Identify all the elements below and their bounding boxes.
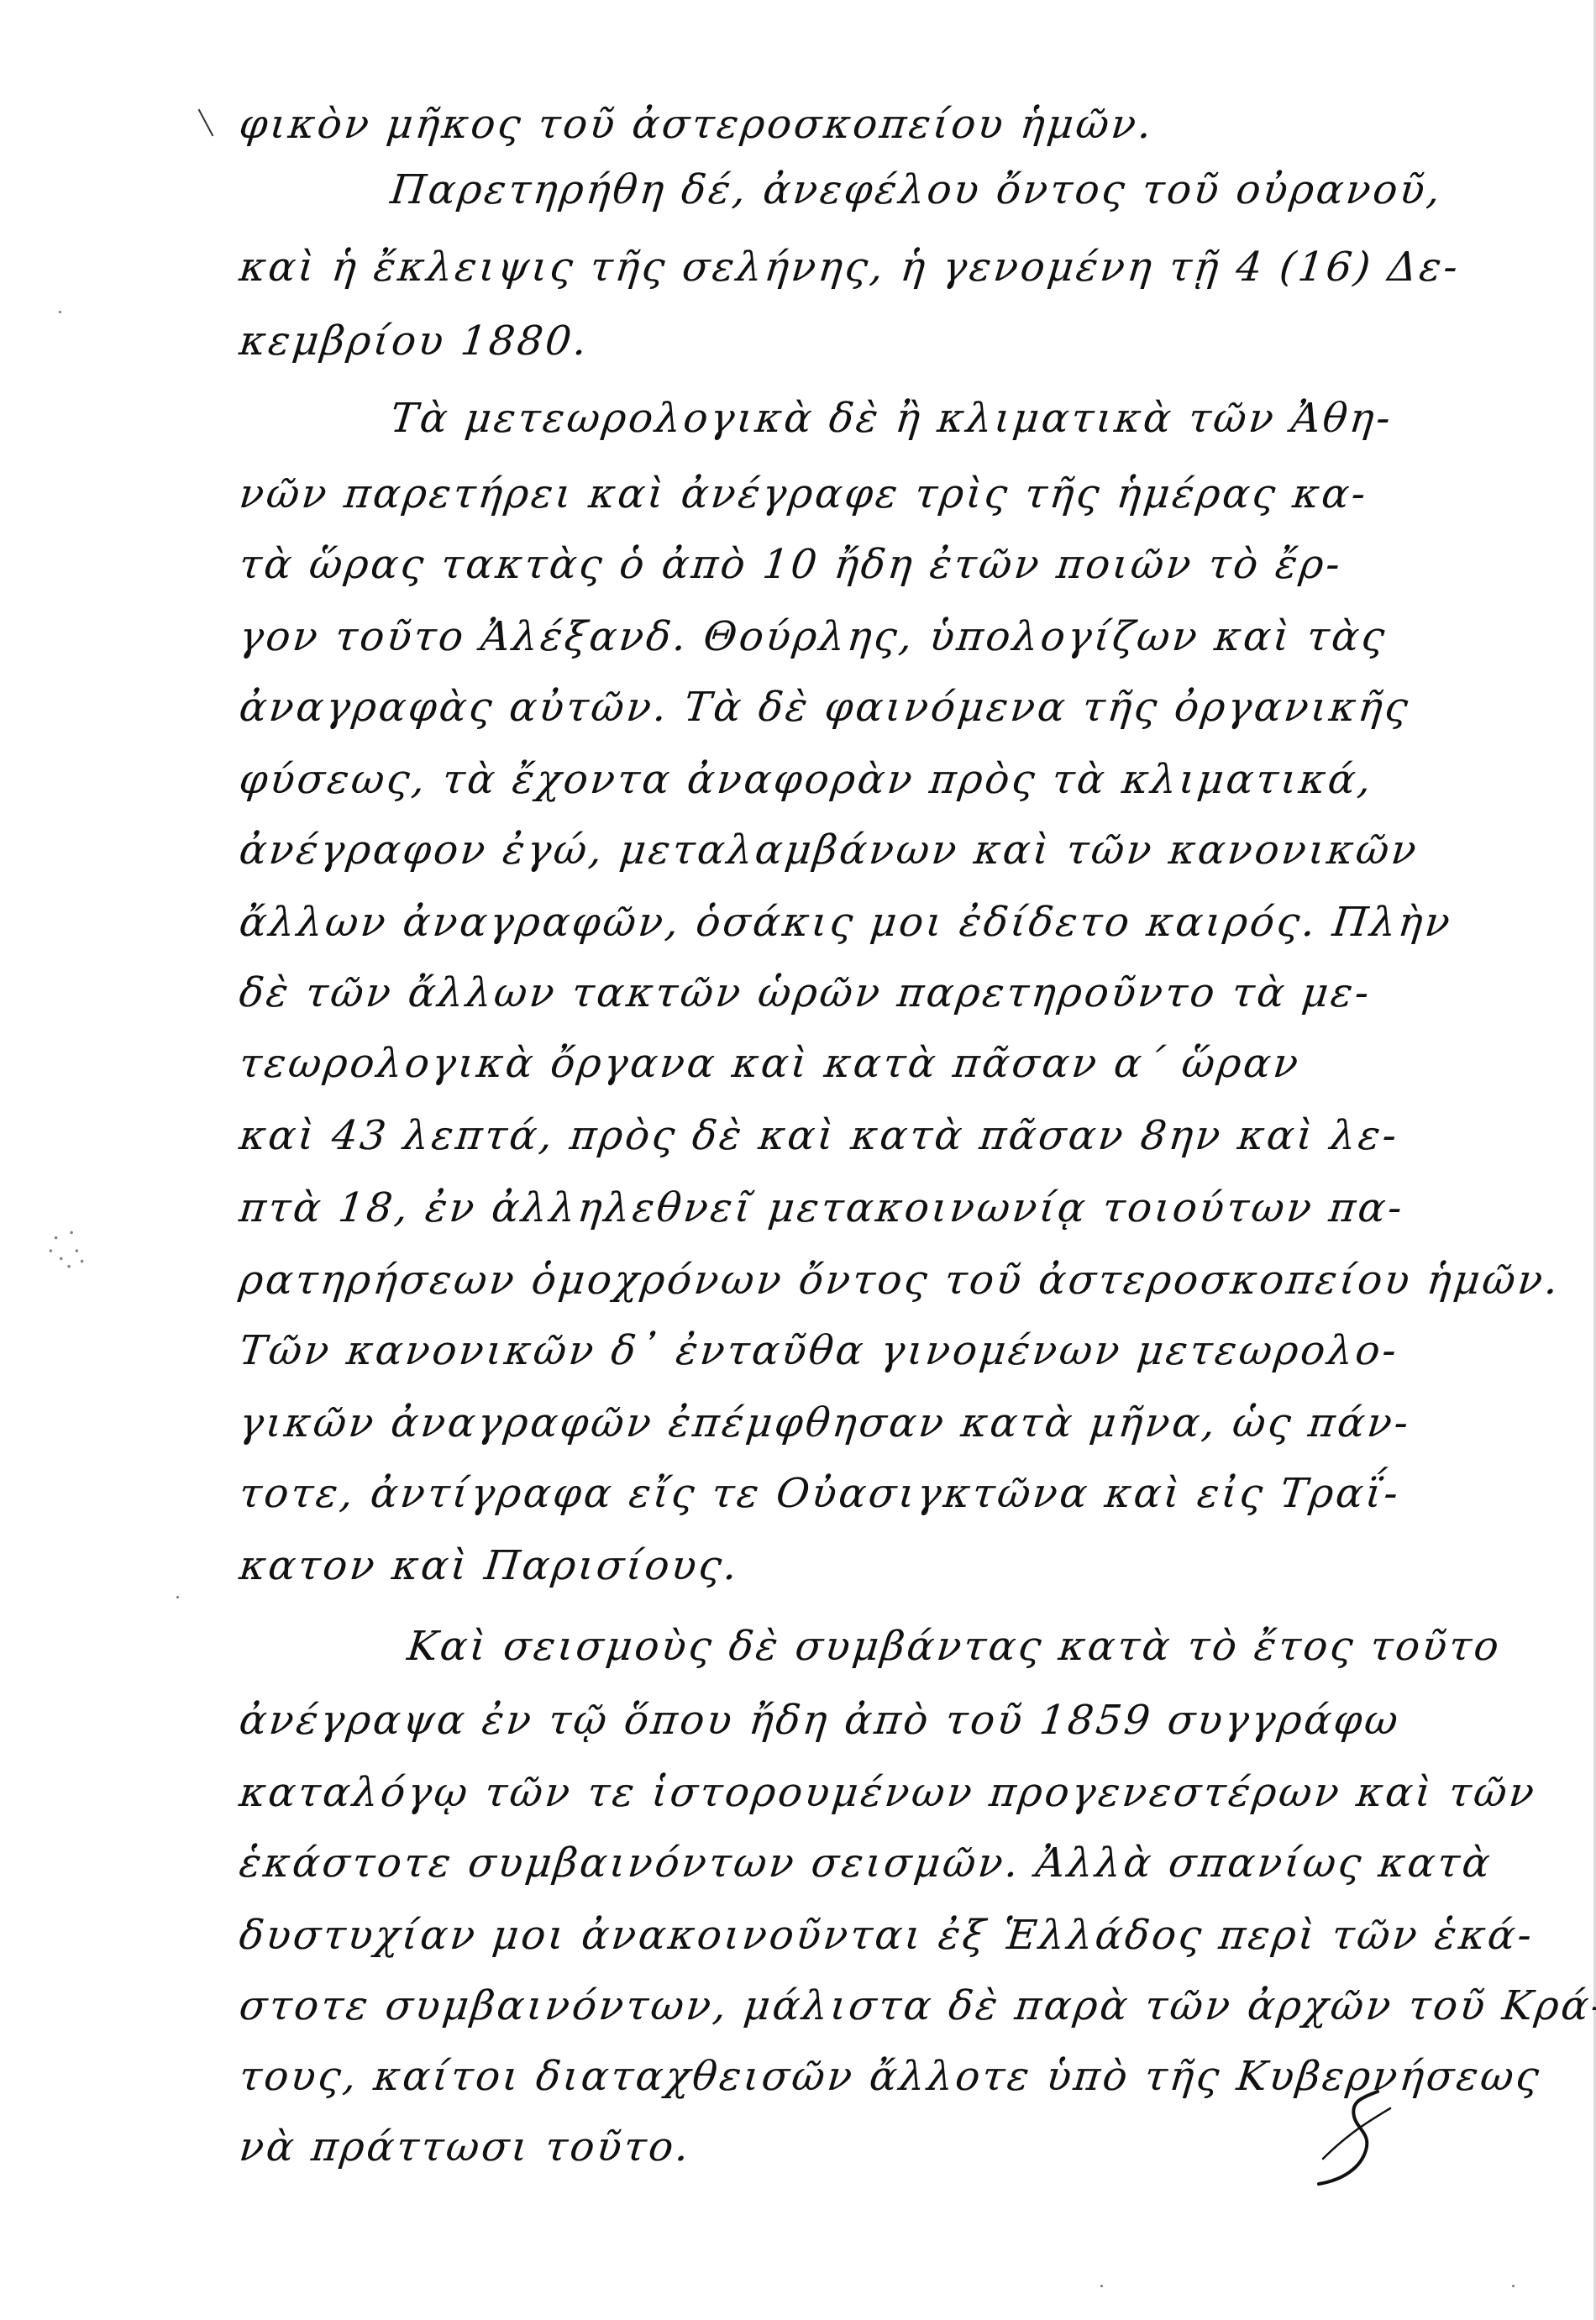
text-line: ρατηρήσεων ὁμοχρόνων ὄντος τοῦ ἀστεροσκο… <box>237 1255 1563 1305</box>
text-line: δυστυχίαν μοι ἀνακοινοῦνται ἐξ Ἑλλάδος π… <box>237 1910 1536 1960</box>
text-line: γικῶν ἀναγραφῶν ἐπέμφθησαν κατὰ μῆνα, ὡς… <box>237 1398 1413 1448</box>
text-line: Τὰ μετεωρολογικὰ δὲ ἢ κλιματικὰ τῶν Ἀθη- <box>388 393 1395 444</box>
text-line: Παρετηρήθη δέ, ἀνεφέλου ὄντος τοῦ οὐρανο… <box>388 165 1445 215</box>
text-line: πτὰ 18, ἐν ἀλληλεθνεῖ μετακοινωνίᾳ τοιού… <box>237 1183 1407 1233</box>
text-line: ἀναγραφὰς αὐτῶν. Τὰ δὲ φαινόμενα τῆς ὀργ… <box>237 682 1413 732</box>
text-line: στοτε συμβαινόντων, μάλιστα δὲ παρὰ τῶν … <box>237 1981 1596 2031</box>
signature-flourish-icon <box>1310 2083 1411 2201</box>
text-line: κατον καὶ Παρισίους. <box>237 1541 742 1591</box>
paper-speck <box>176 1596 179 1598</box>
text-line: φικὸν μῆκος τοῦ ἀστεροσκοπείου ἡμῶν. <box>237 99 1157 150</box>
text-line: καὶ 43 λεπτά, πρὸς δὲ καὶ κατὰ πᾶσαν 8ην… <box>237 1110 1401 1161</box>
text-line: γον τοῦτο Ἀλέξανδ. Θούρλης, ὑπολογίζων κ… <box>237 611 1389 662</box>
text-line: τοτε, ἀντίγραφα εἴς τε Οὐασιγκτῶνα καὶ ε… <box>237 1468 1403 1519</box>
text-line: καὶ ἡ ἔκλειψις τῆς σελήνης, ἡ γενομένη τ… <box>237 242 1462 292</box>
paper-speck <box>1512 2285 1515 2287</box>
text-line: καταλόγῳ τῶν τε ἱστορουμένων προγενεστέρ… <box>237 1767 1539 1818</box>
text-line: ἑκάστοτε συμβαινόντων σεισμῶν. Ἀλλὰ σπαν… <box>237 1838 1494 1888</box>
manuscript-page: φικὸν μῆκος τοῦ ἀστεροσκοπείου ἡμῶν. Παρ… <box>0 0 1596 2320</box>
text-line: φύσεως, τὰ ἔχοντα ἀναφορὰν πρὸς τὰ κλιμα… <box>237 754 1376 805</box>
text-line: ἄλλων ἀναγραφῶν, ὁσάκις μοι ἐδίδετο καιρ… <box>237 897 1455 947</box>
corner-tick-mark <box>198 109 214 137</box>
text-line: Τῶν κανονικῶν δ᾽ ἐνταῦθα γινομένων μετεω… <box>237 1325 1401 1376</box>
text-line: τὰ ὥρας τακτὰς ὁ ἀπὸ 10 ἤδη ἐτῶν ποιῶν τ… <box>237 539 1345 590</box>
text-line: δὲ τῶν ἄλλων τακτῶν ὡρῶν παρετηροῦντο τὰ… <box>237 968 1374 1018</box>
paper-speck <box>59 311 61 313</box>
text-line: κεμβρίου 1880. <box>237 316 591 366</box>
text-line: ἀνέγραφον ἐγώ, μεταλαμβάνων καὶ τῶν κανο… <box>237 825 1421 875</box>
text-line: τεωρολογικὰ ὄργανα καὶ κατὰ πᾶσαν α´ ὥρα… <box>237 1038 1303 1089</box>
text-line: νῶν παρετήρει καὶ ἀνέγραφε τρὶς τῆς ἡμέρ… <box>237 469 1370 519</box>
paper-speck <box>1100 2285 1103 2287</box>
margin-stain <box>40 1222 92 1274</box>
text-line: νὰ πράττωσι τοῦτο. <box>237 2122 694 2172</box>
text-line: Καὶ σεισμοὺς δὲ συμβάντας κατὰ τὸ ἔτος τ… <box>405 1621 1504 1672</box>
text-line: ἀνέγραψα ἐν τῷ ὅπου ἤδη ἀπὸ τοῦ 1859 συγ… <box>237 1695 1403 1745</box>
